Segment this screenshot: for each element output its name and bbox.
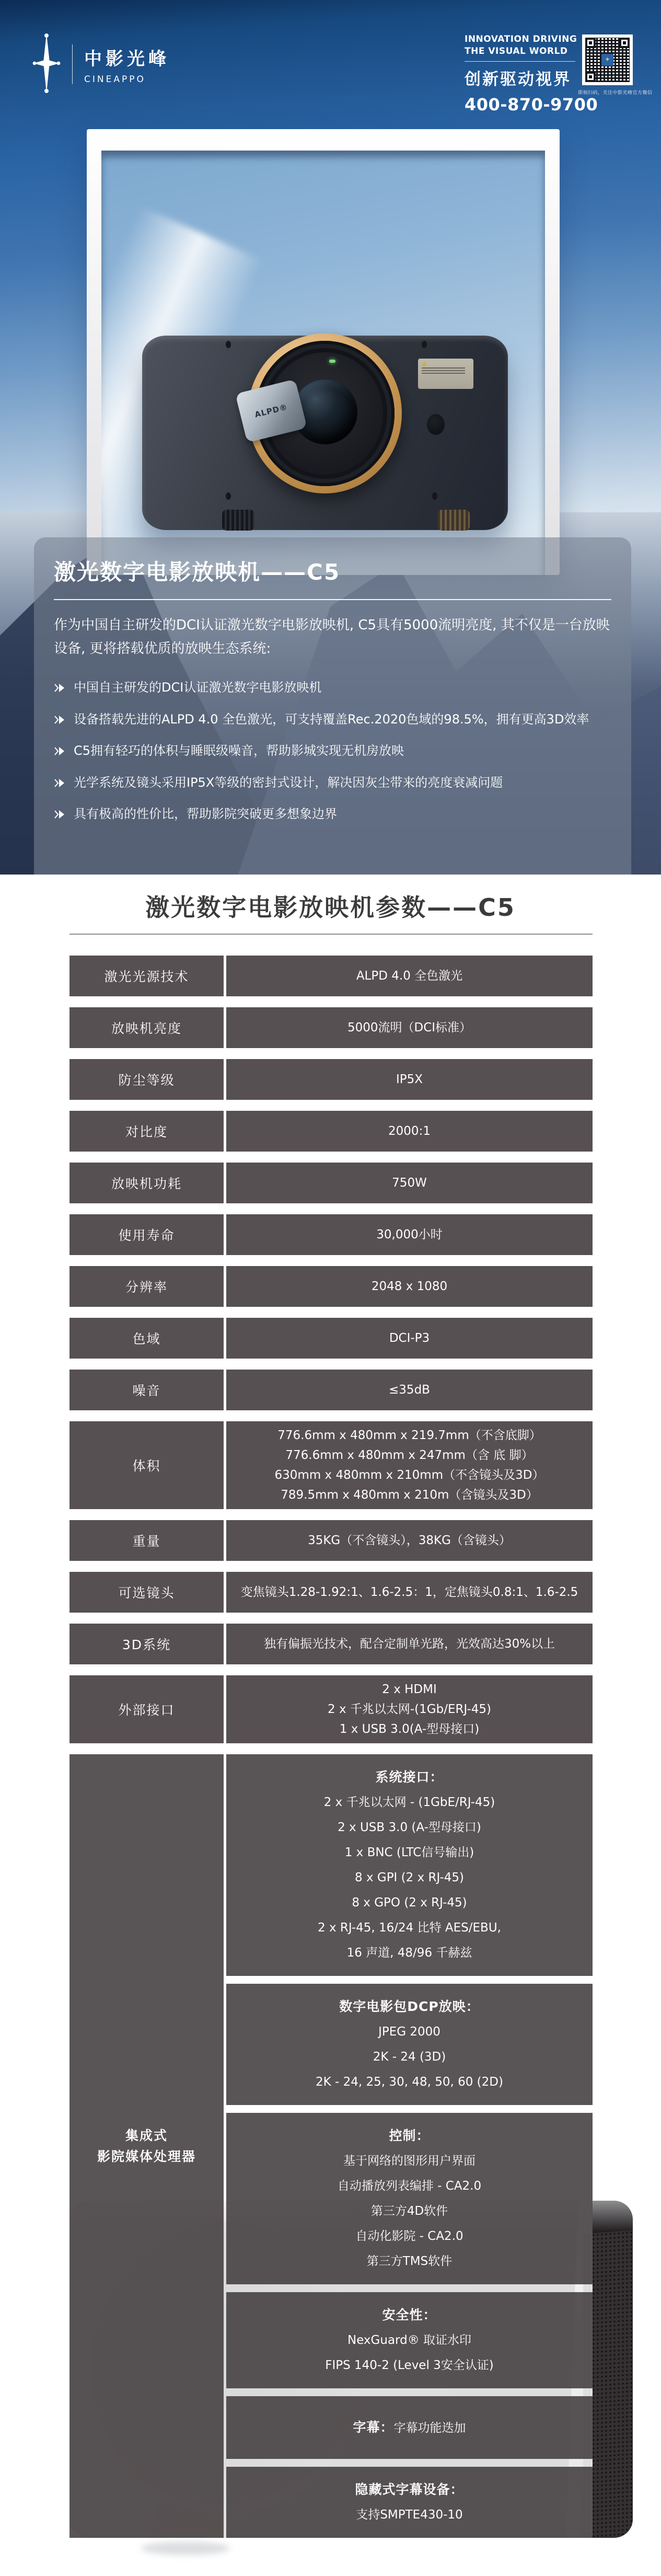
spec-label: 分辨率: [69, 1266, 224, 1307]
bullet-arrow-icon: [54, 807, 65, 824]
screw-icon: [226, 341, 231, 348]
processor-spec-line: 字幕：字幕功能迭加: [353, 2415, 466, 2441]
processor-spec-line: NexGuard® 取证水印: [347, 2328, 471, 2353]
brand-block: 中影光峰 CINEAPPO: [30, 32, 170, 96]
spec-row: 对比度 2000:1: [69, 1111, 593, 1152]
status-led: [329, 360, 335, 363]
spec-value-line: ALPD 4.0 全色激光: [356, 966, 462, 986]
projector-image: ALPD®: [142, 336, 508, 530]
qr-finder-icon: [619, 38, 630, 48]
spec-value-line: 2 x 千兆以太网-(1Gb/ERJ-45): [328, 1699, 491, 1719]
processor-spec-line: 2 x USB 3.0 (A-型母接口): [338, 1815, 481, 1840]
spec-label: 3D系统: [69, 1624, 224, 1664]
qr-finder-icon: [585, 38, 596, 48]
spec-row: 放映机亮度 5000流明（DCI标准）: [69, 1007, 593, 1048]
warning-label: [418, 359, 473, 389]
spec-row: 分辨率 2048 x 1080: [69, 1266, 593, 1307]
processor-spec-line: 8 x GPO (2 x RJ-45): [352, 1890, 467, 1915]
brand-name-en: CINEAPPO: [84, 74, 170, 85]
spec-value-line: 789.5mm x 480mm x 210m（含镜头及3D）: [281, 1485, 538, 1505]
processor-spec-line: 基于网络的图形用户界面: [343, 2148, 476, 2173]
spec-table: 激光光源技术 ALPD 4.0 全色激光 放映机亮度 5000流明（DCI标准）…: [69, 956, 593, 2549]
processor-spec-line: 16 声道, 48/96 千赫兹: [347, 1940, 472, 1965]
processor-spec-line: 2K - 24, 25, 30, 48, 50, 60 (2D): [316, 2069, 503, 2095]
params-title-underline: [69, 934, 593, 935]
tagline-en-line1: INNOVATION DRIVING: [465, 33, 575, 45]
spec-label: 体积: [69, 1421, 224, 1509]
spec-table-rows: 激光光源技术 ALPD 4.0 全色激光 放映机亮度 5000流明（DCI标准）…: [69, 956, 593, 1743]
tagline-cn: 创新驱动视界: [465, 66, 575, 89]
lens-release-hole: [427, 414, 445, 435]
screw-icon: [432, 492, 437, 500]
hero-intro-paragraph: 作为中国自主研发的DCI认证激光数字电影放映机, C5具有5000流明亮度, 其…: [54, 614, 611, 660]
spec-value: 2048 x 1080: [226, 1266, 593, 1307]
processor-spec-line: 自动化影院 - CA2.0: [355, 2224, 463, 2249]
spec-value-line: 2000:1: [388, 1121, 431, 1141]
spec-row: 重量 35KG（不含镜头），38KG（含镜头）: [69, 1520, 593, 1561]
processor-spec-line: FIPS 140-2 (Level 3安全认证): [325, 2353, 494, 2378]
qr-finder-icon: [585, 72, 596, 82]
processor-spec-line: 2 x 千兆以太网 - (1GbE/RJ-45): [324, 1790, 495, 1815]
spec-label: 色域: [69, 1318, 224, 1359]
label-text-line: [422, 370, 465, 371]
spec-value: ≤35dB: [226, 1370, 593, 1410]
feature-bullet-text: 中国自主研发的DCI认证激光数字电影放映机: [74, 679, 321, 696]
spec-label: 外部接口: [69, 1675, 224, 1743]
spec-row: 外部接口 2 x HDMI2 x 千兆以太网-(1Gb/ERJ-45)1 x U…: [69, 1675, 593, 1743]
feature-bullet-list: 中国自主研发的DCI认证激光数字电影放映机 设备搭载先进的ALPD 4.0 全色…: [54, 679, 611, 824]
spec-label-line: 集成式: [125, 2125, 168, 2146]
feature-bullet: 光学系统及镜头采用IP5X等级的密封式设计，解决因灰尘带来的亮度衰减问题: [54, 774, 611, 792]
warning-triangle-icon: [422, 361, 427, 366]
label-text-line: [422, 373, 465, 374]
spec-label: 防尘等级: [69, 1059, 224, 1100]
spec-label-line: 影院媒体处理器: [97, 2146, 196, 2167]
spec-label: 集成式 影院媒体处理器: [69, 1754, 224, 2538]
projector-foot-right: [437, 510, 470, 531]
spec-label: 可选镜头: [69, 1572, 224, 1613]
bullet-arrow-icon: [54, 681, 65, 697]
spec-label: 重量: [69, 1520, 224, 1561]
spec-row: 激光光源技术 ALPD 4.0 全色激光: [69, 956, 593, 996]
spec-value: 独有偏振光技术，配合定制单光路，光效高达30%以上: [226, 1624, 593, 1664]
brand-name-cn: 中影光峰: [84, 44, 170, 70]
processor-spec-block: 数字电影包DCP放映：JPEG 20002K - 24 (3D)2K - 24,…: [226, 1984, 593, 2105]
bullet-arrow-icon: [54, 712, 65, 729]
spec-label: 噪音: [69, 1370, 224, 1410]
hero-title: 激光数字电影放映机——C5: [54, 555, 611, 586]
processor-spec-heading: 控制：: [389, 2123, 430, 2148]
params-section-title: 激光数字电影放映机参数——C5: [0, 889, 661, 923]
bullet-arrow-icon: [54, 776, 65, 792]
spec-value-line: IP5X: [396, 1069, 423, 1089]
screw-icon: [226, 492, 231, 500]
qr-pattern: ✦: [585, 38, 630, 82]
brand-divider: [72, 44, 73, 84]
wechat-qr-code: ✦: [582, 34, 633, 85]
processor-spec-heading: 安全性：: [382, 2303, 436, 2328]
processor-spec-column: 系统接口：2 x 千兆以太网 - (1GbE/RJ-45)2 x USB 3.0…: [226, 1754, 593, 2538]
feature-bullet: C5拥有轻巧的体积与睡眠级噪音，帮助影城实现无机房放映: [54, 742, 611, 761]
spec-row: 色域 DCI-P3: [69, 1318, 593, 1359]
processor-spec-block: 系统接口：2 x 千兆以太网 - (1GbE/RJ-45)2 x USB 3.0…: [226, 1754, 593, 1976]
spec-row: 防尘等级 IP5X: [69, 1059, 593, 1100]
spec-row: 3D系统 独有偏振光技术，配合定制单光路，光效高达30%以上: [69, 1624, 593, 1664]
spec-value-line: 变焦镜头1.28-1.92:1、1.6-2.5：1，定焦镜头0.8:1、1.6-…: [241, 1582, 578, 1602]
processor-spec-heading: 字幕：: [353, 2420, 393, 2435]
spec-row: 使用寿命 30,000小时: [69, 1214, 593, 1255]
hero-text-panel: 激光数字电影放映机——C5 作为中国自主研发的DCI认证激光数字电影放映机, C…: [34, 537, 631, 875]
processor-spec-heading: 系统接口：: [375, 1765, 443, 1790]
processor-spec-line: 自动播放列表编排 - CA2.0: [338, 2173, 481, 2199]
spec-value-line: 776.6mm x 480mm x 247mm（含 底 脚）: [285, 1445, 533, 1465]
qr-center-logo-icon: ✦: [601, 54, 613, 66]
hero-section: 中影光峰 CINEAPPO INNOVATION DRIVING THE VIS…: [0, 0, 661, 875]
spec-value-line: DCI-P3: [389, 1328, 430, 1348]
spec-value-line: 2 x HDMI: [382, 1680, 437, 1699]
spec-value-line: 5000流明（DCI标准）: [347, 1018, 471, 1038]
bullet-arrow-icon: [54, 744, 65, 761]
processor-spec-line: 8 x GPI (2 x RJ-45): [355, 1865, 464, 1890]
feature-bullet-text: C5拥有轻巧的体积与睡眠级噪音，帮助影城实现无机房放映: [74, 742, 404, 759]
spec-label: 激光光源技术: [69, 956, 224, 996]
spec-value-line: 独有偏振光技术，配合定制单光路，光效高达30%以上: [264, 1634, 555, 1654]
processor-spec-line: 第三方TMS软件: [367, 2249, 453, 2274]
spec-value-line: 30,000小时: [376, 1225, 442, 1245]
hero-title-underline: [54, 599, 611, 600]
processor-spec-block: 控制：基于网络的图形用户界面自动播放列表编排 - CA2.0第三方4D软件自动化…: [226, 2113, 593, 2284]
feature-bullet-text: 光学系统及镜头采用IP5X等级的密封式设计，解决因灰尘带来的亮度衰减问题: [74, 774, 503, 791]
feature-bullet: 具有极高的性价比，帮助影院突破更多想象边界: [54, 806, 611, 824]
spec-label: 对比度: [69, 1111, 224, 1152]
spec-value-line: 1 x USB 3.0(A-型母接口): [340, 1719, 479, 1739]
spec-value: 35KG（不含镜头），38KG（含镜头）: [226, 1520, 593, 1561]
projector-foot-left: [222, 510, 254, 531]
feature-bullet-text: 设备搭载先进的ALPD 4.0 全色激光，可支持覆盖Rec.2020色域的98.…: [74, 711, 589, 728]
spec-value: 2 x HDMI2 x 千兆以太网-(1Gb/ERJ-45)1 x USB 3.…: [226, 1675, 593, 1743]
qr-caption: 即刻扫码，关注中影光峰官方微信: [578, 89, 641, 96]
processor-spec-line: JPEG 2000: [378, 2019, 440, 2044]
spec-label: 使用寿命: [69, 1214, 224, 1255]
spec-row-processor: 集成式 影院媒体处理器 系统接口：2 x 千兆以太网 - (1GbE/RJ-45…: [69, 1754, 593, 2538]
processor-spec-block: 安全性：NexGuard® 取证水印FIPS 140-2 (Level 3安全认…: [226, 2292, 593, 2388]
spec-row: 可选镜头 变焦镜头1.28-1.92:1、1.6-2.5：1，定焦镜头0.8:1…: [69, 1572, 593, 1613]
processor-spec-block: 隐藏式字幕设备：支持SMPTE430-10: [226, 2467, 593, 2538]
spec-value: 30,000小时: [226, 1214, 593, 1255]
processor-spec-line: 2 x RJ-45, 16/24 比特 AES/EBU,: [318, 1915, 501, 1940]
spec-row: 体积 776.6mm x 480mm x 219.7mm（不含底脚）776.6m…: [69, 1421, 593, 1509]
processor-spec-heading: 数字电影包DCP放映：: [339, 1994, 479, 2019]
spec-value: 5000流明（DCI标准）: [226, 1007, 593, 1048]
processor-spec-line: 1 x BNC (LTC信号输出): [345, 1840, 474, 1865]
spec-value: 2000:1: [226, 1111, 593, 1152]
spec-row: 放映机功耗 750W: [69, 1163, 593, 1203]
processor-spec-text: 字幕功能迭加: [394, 2421, 466, 2435]
header-tagline-block: INNOVATION DRIVING THE VISUAL WORLD 创新驱动…: [465, 33, 575, 114]
brand-names: 中影光峰 CINEAPPO: [84, 44, 170, 85]
processor-spec-line: 2K - 24 (3D): [373, 2044, 446, 2069]
processor-spec-block: 字幕：字幕功能迭加: [226, 2396, 593, 2459]
spec-row: 噪音 ≤35dB: [69, 1370, 593, 1410]
label-text-line: [422, 367, 465, 369]
processor-spec-line: 第三方4D软件: [371, 2199, 448, 2224]
brand-logo-icon: [30, 32, 63, 96]
spec-value: IP5X: [226, 1059, 593, 1100]
processor-spec-line: 支持SMPTE430-10: [356, 2502, 462, 2527]
spec-label: 放映机亮度: [69, 1007, 224, 1048]
spec-value: 750W: [226, 1163, 593, 1203]
spec-value-line: 35KG（不含镜头），38KG（含镜头）: [308, 1531, 511, 1550]
service-phone-number: 400-870-9700: [465, 95, 575, 114]
spec-label: 放映机功耗: [69, 1163, 224, 1203]
screw-icon: [422, 341, 427, 348]
spec-value-line: 2048 x 1080: [372, 1276, 447, 1296]
feature-bullet-text: 具有极高的性价比，帮助影院突破更多想象边界: [74, 806, 337, 822]
tagline-en-line2: THE VISUAL WORLD: [465, 45, 575, 57]
tagline-divider: [465, 61, 575, 62]
feature-bullet: 设备搭载先进的ALPD 4.0 全色激光，可支持覆盖Rec.2020色域的98.…: [54, 711, 611, 729]
spec-value: 776.6mm x 480mm x 219.7mm（不含底脚）776.6mm x…: [226, 1421, 593, 1509]
spec-value: ALPD 4.0 全色激光: [226, 956, 593, 996]
poster-page: 中影光峰 CINEAPPO INNOVATION DRIVING THE VIS…: [0, 0, 661, 2576]
spec-value-line: ≤35dB: [389, 1380, 430, 1400]
processor-spec-heading: 隐藏式字幕设备：: [355, 2477, 463, 2502]
spec-value: 变焦镜头1.28-1.92:1、1.6-2.5：1，定焦镜头0.8:1、1.6-…: [226, 1572, 593, 1613]
spec-value-line: 750W: [392, 1173, 427, 1193]
feature-bullet: 中国自主研发的DCI认证激光数字电影放映机: [54, 679, 611, 697]
spec-value: DCI-P3: [226, 1318, 593, 1359]
spec-value-line: 776.6mm x 480mm x 219.7mm（不含底脚）: [277, 1425, 541, 1445]
spec-value-line: 630mm x 480mm x 210mm（不含镜头及3D）: [275, 1465, 544, 1485]
